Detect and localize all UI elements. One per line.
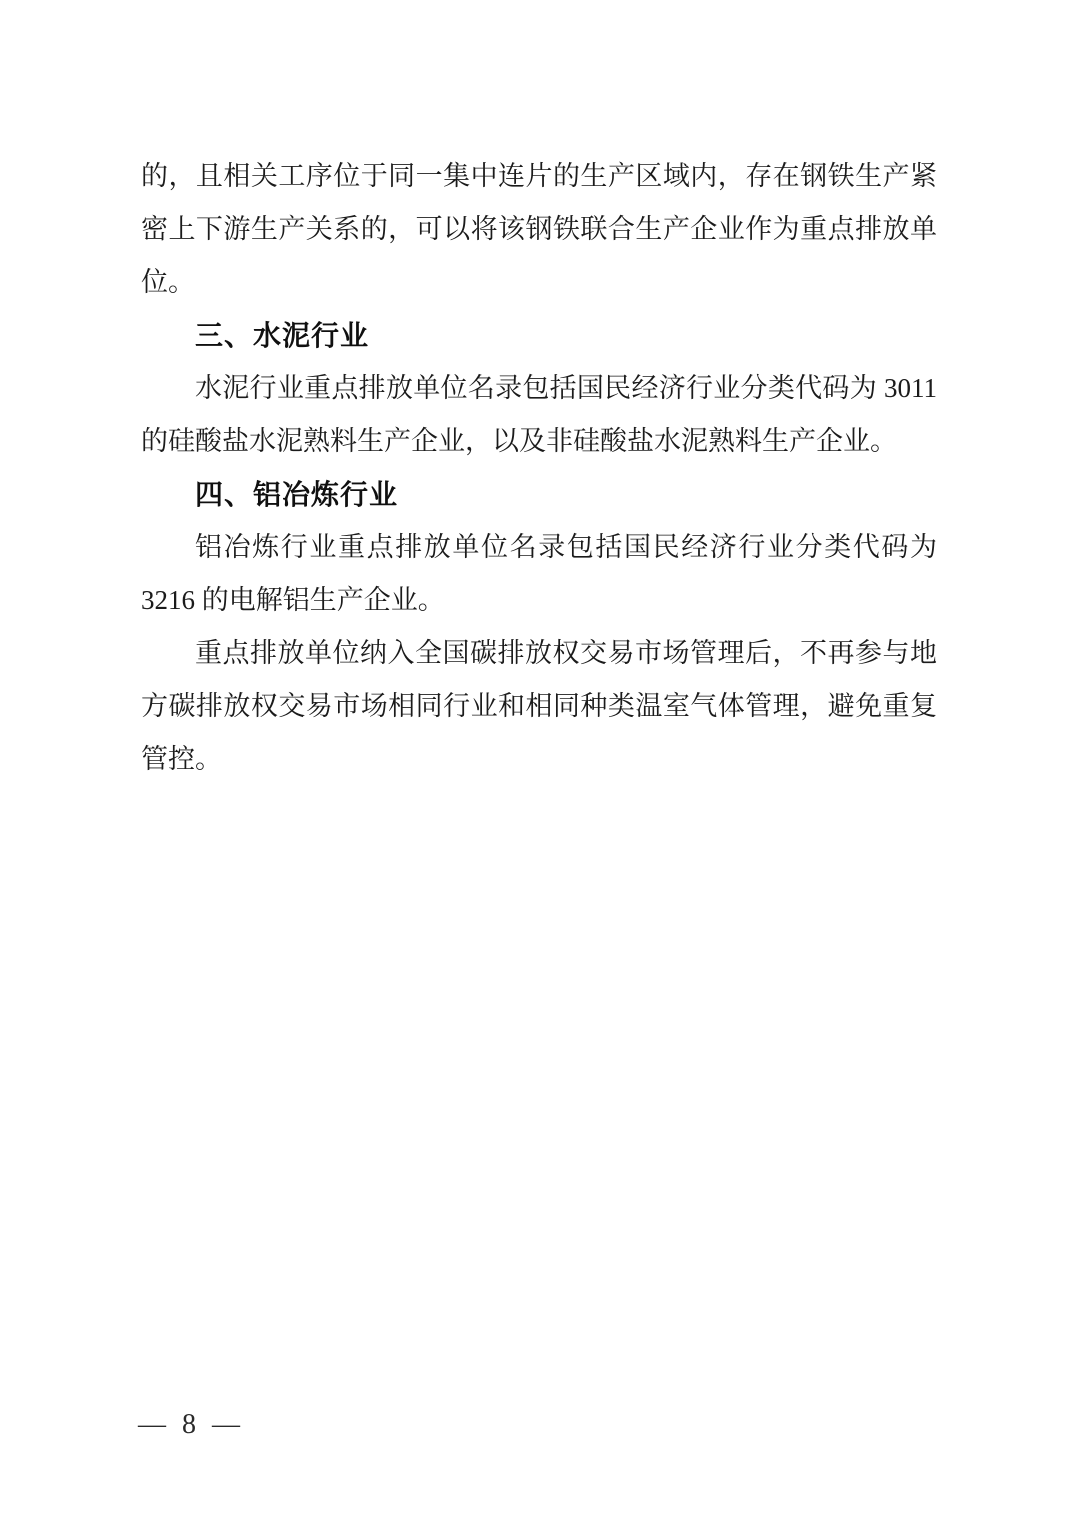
body-line: 管控。 [141, 733, 937, 786]
body-line: 的，且相关工序位于同一集中连片的生产区域内，存在钢铁生产紧 [141, 150, 937, 203]
body-line: 位。 [141, 256, 937, 309]
document-body: 的，且相关工序位于同一集中连片的生产区域内，存在钢铁生产紧 密上下游生产关系的，… [141, 150, 937, 786]
paragraph-cement: 水泥行业重点排放单位名录包括国民经济行业分类代码为 3011 的硅酸盐水泥熟料生… [141, 362, 937, 468]
document-page: 的，且相关工序位于同一集中连片的生产区域内，存在钢铁生产紧 密上下游生产关系的，… [0, 0, 1080, 1527]
body-line: 3216 的电解铝生产企业。 [141, 574, 937, 627]
body-line: 重点排放单位纳入全国碳排放权交易市场管理后，不再参与地 [141, 627, 937, 680]
body-line: 水泥行业重点排放单位名录包括国民经济行业分类代码为 3011 [141, 362, 937, 415]
section-heading-cement: 三、水泥行业 [141, 309, 937, 362]
footer-left-dash: — [138, 1403, 166, 1447]
body-line: 方碳排放权交易市场相同行业和相同种类温室气体管理，避免重复 [141, 680, 937, 733]
paragraph-aluminum: 铝冶炼行业重点排放单位名录包括国民经济行业分类代码为 3216 的电解铝生产企业… [141, 521, 937, 627]
page-footer: — 8 — [138, 1403, 240, 1447]
body-line: 密上下游生产关系的，可以将该钢铁联合生产企业作为重点排放单 [141, 203, 937, 256]
page-number: 8 [182, 1403, 196, 1447]
body-line: 的硅酸盐水泥熟料生产企业，以及非硅酸盐水泥熟料生产企业。 [141, 415, 937, 468]
body-line: 铝冶炼行业重点排放单位名录包括国民经济行业分类代码为 [141, 521, 937, 574]
paragraph-carbon-market: 重点排放单位纳入全国碳排放权交易市场管理后，不再参与地 方碳排放权交易市场相同行… [141, 627, 937, 786]
footer-right-dash: — [212, 1403, 240, 1447]
section-heading-aluminum: 四、铝冶炼行业 [141, 468, 937, 521]
paragraph-steel-continuation: 的，且相关工序位于同一集中连片的生产区域内，存在钢铁生产紧 密上下游生产关系的，… [141, 150, 937, 309]
